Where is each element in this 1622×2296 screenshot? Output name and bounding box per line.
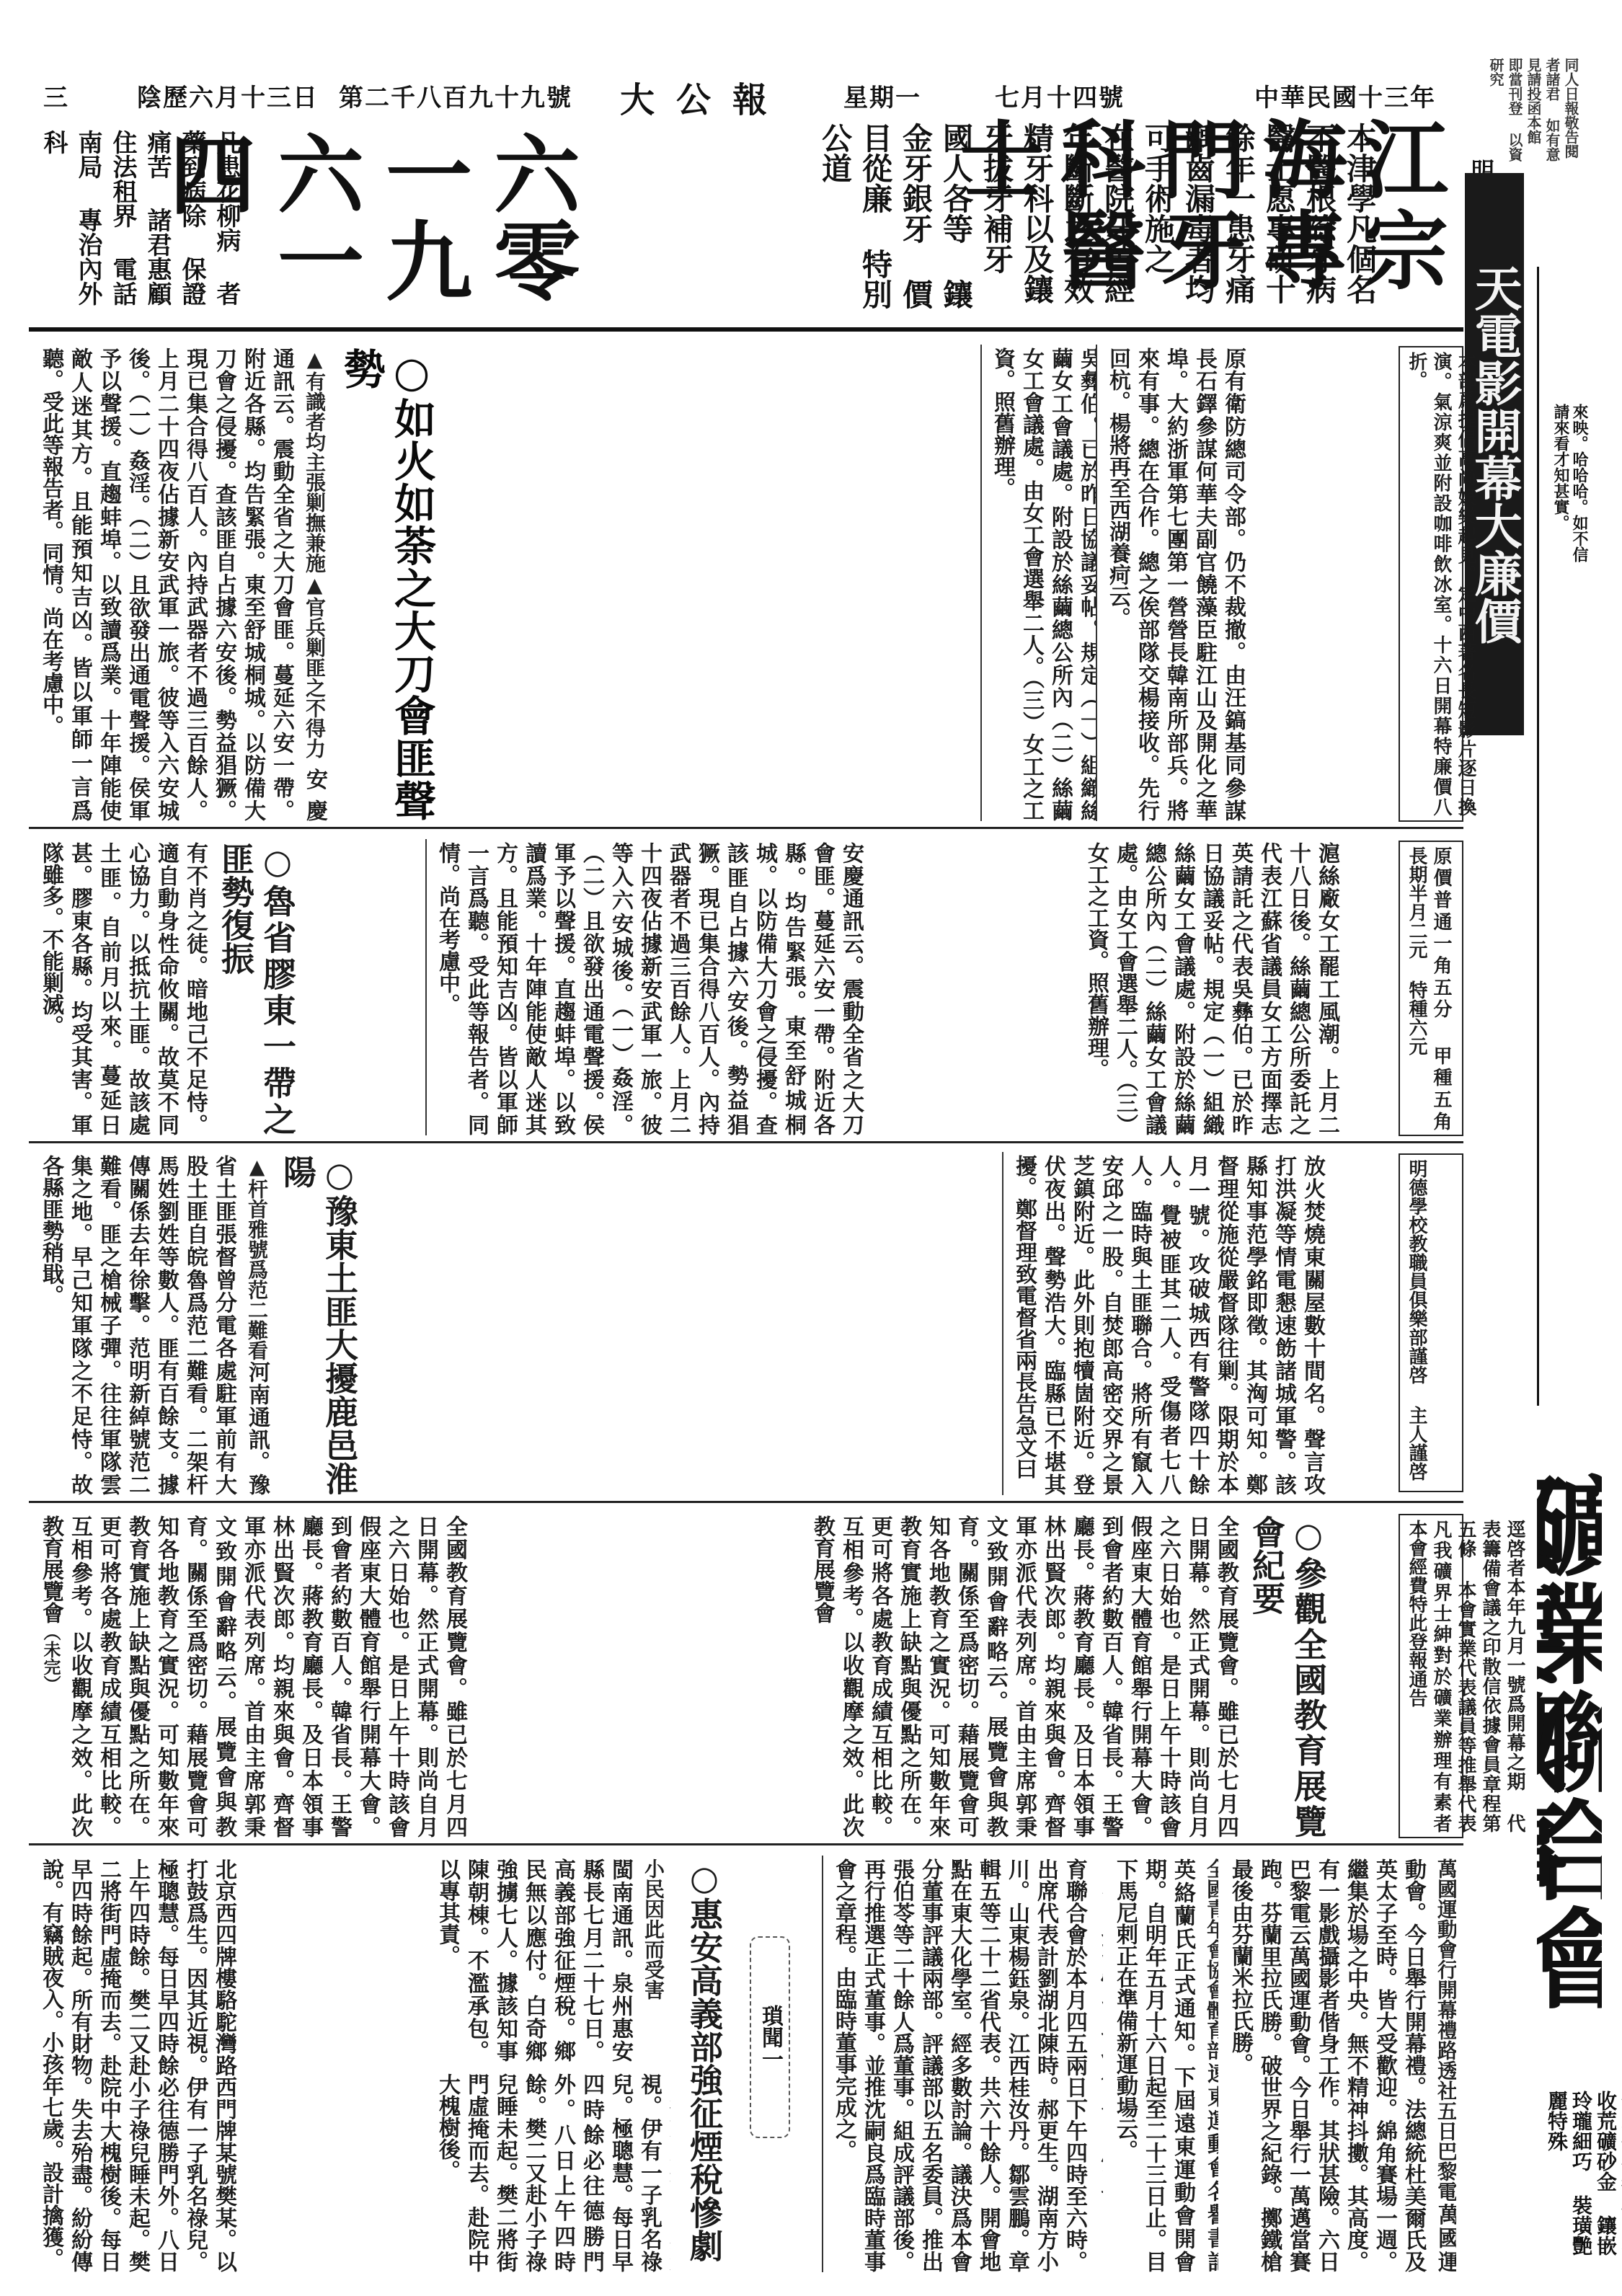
article-education-exhibit: ○參觀全國教育展覽會紀要全國教育展覽會。雖已於七月四日開幕。然正式開幕。則尚自月… — [807, 1515, 1391, 1838]
to-be-continued: （未完） — [40, 1623, 61, 1693]
column-rule — [822, 1856, 823, 2272]
tier-3: 放火焚燒東關屋數十間名。聲言攻打洪凝等情電懇速飭諸城軍警。該縣知事范學銘即徵。其… — [29, 1146, 1463, 1503]
notice-to-readers: 同人日報敬告閱者諸君 如有意見請投函本館 即當刊登 以資研究 — [1486, 58, 1580, 166]
price-label: 特種 — [1406, 980, 1427, 1018]
article-body: ○惠安高義部強征煙稅慘劇 — [678, 1858, 725, 2272]
body-text: 有不肖之徒。暗地己不足恃。適自動身性命攸關。故莫不同心協力。以抵抗土匪。故該處土… — [38, 842, 208, 1135]
price-label: 原價普通 — [1430, 846, 1452, 934]
masthead-weekday: 星期一 — [843, 78, 921, 113]
body-text: 中華體育聯合會於本月四五兩日下午四時至六時。出席代表計劉湖北陳時。郝更生。湖南方… — [831, 1858, 1103, 2272]
headline-text: 惠安高義部強征煙稅慘劇 — [685, 1897, 724, 2262]
headline-text: 如火如荼之大刀會匪聲勢 — [337, 347, 436, 821]
film-price-list: 原價普通一角五分 甲種五角 長期半月二元 特種六元 — [1404, 846, 1453, 1130]
headline-text: 豫東土匪大擾鹿邑淮陽 — [278, 1155, 359, 1495]
film-signature: 明德學校教職員俱樂部謹啓 — [1406, 1159, 1427, 1384]
dateline: 路透社五日巴黎電 — [1433, 2040, 1456, 2202]
price-value: 一角五分 — [1430, 934, 1452, 1021]
body-text: 滬絲廠女工罷工風潮。上月二十八日後。絲繭總公所委託之代表江蘇省議員女工方面擇志英… — [990, 347, 1096, 821]
top-ad-band: 江宗海專門牙科醫士 本津學凡個名不醫根除牙病 醫士愿專研十餘年一患牙痛齲齒漏毒者… — [29, 115, 1463, 332]
article-education-exhibit-cont: 全國教育展覽會。雖已於七月四日開幕。然正式開幕。則尚自月之六日始也。是日上午十時… — [36, 1515, 800, 1838]
column-rule — [1002, 1152, 1003, 1495]
body-text: 萬國運動會。今日舉行開幕禮。法總統杜美爾氏及英太子至時。皆大受歡迎。綿角賽場一週… — [1228, 1858, 1456, 2272]
body-text: 北京西四牌樓駱駝灣路西門牌某號樊某。以打鼓爲生。因其近視。伊有一子乳名祿兒。極聰… — [96, 1858, 236, 2272]
article-child-catches-thief-cont: 北京西四牌樓駱駝灣路西門牌某號樊某。以打鼓爲生。因其近視。伊有一子乳名祿兒。極聰… — [36, 1858, 425, 2272]
article-body: 原有衛防總司令部。仍不裁撤。由汪鎬基同參謀長石鐸參謀何華夫副官饒藻臣駐江山及開化… — [1103, 347, 1247, 821]
article-henan-bandits: ○豫東土匪大擾鹿邑淮陽▲杆首雅號爲范二難看河南通訊。豫省土匪張督曾分電各處駐軍前… — [36, 1155, 995, 1495]
masthead-issue-number: 第二千八百九十九號 — [339, 78, 572, 113]
masthead-republic-date: 中華民國十三年 — [1254, 78, 1436, 113]
body-text: 閩南通訊。泉州惠安縣長七月二十七日。高義部強征煙稅。鄉民無以應付。白奇鄉強擄七人… — [435, 1858, 633, 2062]
film-ad-signature: 明德學校教職員俱樂部謹啓 主人謹啓 — [1399, 1153, 1463, 1492]
article-shandong-bandits: ○魯省膠東一帶之匪勢復振有不肖之徒。暗地己不足恃。適自動身性命攸關。故莫不同心協… — [36, 842, 418, 1135]
mining-ad-body: 逕啓者本年九月一號爲開幕之期 代表籌備會議之印散信依據會員章程第五條 本會實業代… — [1399, 1514, 1463, 1838]
article-body: ▲軍人持械以圖存▲小民因此而受害閩南通訊。泉州惠安縣長七月二十七日。高義部強征煙… — [433, 1858, 670, 2062]
price-value: 六元 — [1406, 1018, 1427, 1055]
masthead-paper-title: 大公報 — [620, 72, 789, 122]
article-body: △下屆遠東運動會開會期已定全國青年會協會體育部遠東運動會名譽書記英絡蘭氏正式通知… — [1110, 1858, 1218, 2272]
headline-text: 參觀全國教育展覽會紀要 — [1247, 1515, 1328, 1838]
article-body: 全國教育展覽會。雖已於七月四日開幕。然正式開幕。則尚自月之六日始也。是日上午十時… — [36, 1515, 469, 1838]
film-ad-note: 來映。哈哈哈。如不信請來看才知甚實。 — [1551, 404, 1589, 562]
tier-4: ○參觀全國教育展覽會紀要全國教育展覽會。雖已於七月四日開幕。然正式開幕。則尚自月… — [29, 1507, 1463, 1845]
mining-body-text: 逕啓者本年九月一號爲開幕之期 代表籌備會議之印散信依據會員章程第五條 本會實業代… — [1404, 1520, 1527, 1832]
headline-text: 中華體育聯合會成立 — [1096, 1897, 1103, 2196]
circle-bullet-icon: ○ — [319, 1155, 360, 1194]
article-shandong-cont: 放火焚燒東關屋數十間名。聲言攻打洪凝等情電懇速飭諸城軍警。該縣知事范學銘即徵。其… — [1009, 1155, 1391, 1495]
circle-bullet-icon: ○ — [386, 347, 437, 396]
article-sports-news: ○關於體育之三種消息彙誌萬國運動會行開幕禮路透社五日巴黎電萬國運動會。今日舉行開… — [1226, 1858, 1456, 2272]
owner-notice: 主人謹啓 — [1406, 1406, 1427, 1481]
article-sword-society-cont: 安慶通訊云。震動全省之大刀會匪。蔓延六安一帶。附近各縣。均告緊張。東至舒城桐城。… — [433, 842, 1067, 1135]
article-sports-federation: △中華體育聯合會成立中華體育聯合會於本月四五兩日下午四時至六時。出席代表計劉湖北… — [829, 1858, 1103, 2272]
signature-text: 明德學校教職員俱樂部謹啓 主人謹啓 — [1404, 1159, 1429, 1486]
misc-news-box: 瑣聞一 — [750, 1936, 790, 2138]
column-rule — [425, 839, 427, 1135]
triangle-bullet-icon: △ — [1096, 1858, 1103, 1897]
column-rule — [1096, 345, 1097, 821]
film-price-ad: 本部爲提倡高尚娛樂起見。定中西著名長短影片逐日換演。氣涼爽並附設咖啡飲冰室。十六… — [1399, 346, 1463, 822]
venereal-ad-lines: 凡患花柳病 者藥到病除 保證痛苦 諸君惠顧 住法租界 電話南局 專治內外科 — [36, 130, 244, 324]
ad-line: 住法租界 — [108, 130, 137, 228]
subhead: 萬國運動會行開幕禮 — [1433, 1858, 1456, 2040]
dateline: 全國青年會協會體育部 — [1202, 1858, 1218, 2060]
article-silk-strike-cont: 滬絲廠女工罷工風潮。上月二十八日後。絲繭總公所委託之代表江蘇省議員女工方面擇志英… — [1081, 842, 1391, 1135]
headline: △中華體育聯合會成立 — [1094, 1858, 1103, 2196]
tier-2: 滬絲廠女工罷工風潮。上月二十八日後。絲繭總公所委託之代表江蘇省議員女工方面擇志英… — [29, 833, 1463, 1143]
subhead: ▲有識者均主張剿撫兼施▲官兵剿匪之不得力 — [301, 347, 327, 758]
price-label: 甲種 — [1430, 1046, 1452, 1090]
subhead: ▲杆首雅號爲范二難看 — [244, 1155, 270, 1360]
ad-line: 諸君惠顧 — [143, 208, 172, 306]
masthead-lunar-date: 陰歷六月十三日 — [137, 78, 319, 113]
article-body: ○七歲幼孩設計擒竊賊北京西四牌樓駱駝灣路西門牌某號樊某。以打鼓爲生。因其近視。伊… — [433, 2073, 670, 2272]
film-prices: 原價普通一角五分 甲種五角 長期半月二元 特種六元 — [1399, 841, 1463, 1136]
mining-ad-goods: 發製儀賽器皿 專收荒礦砂金 鑲嵌玲瓏細巧 裝璜艷麗特殊 — [1544, 2091, 1622, 2256]
dentist-ad-body: 本津學凡個名不醫根除牙病 醫士愿專研十餘年一患牙痛齲齒漏毒者均可手術施之 在醫院… — [815, 123, 1380, 324]
headline-text: 魯省膠東一帶之匪勢復振 — [216, 842, 297, 1135]
article-body: 放火焚燒東關屋數十間名。聲言攻打洪凝等情電懇速飭諸城軍警。該縣知事范學銘即徵。其… — [1009, 1155, 1326, 1495]
article-body: 滬絲廠女工罷工風潮。上月二十八日後。絲繭總公所委託之代表江蘇省議員女工方面擇志英… — [1081, 842, 1341, 1135]
headline: ○參觀全國教育展覽會紀要 — [1246, 1515, 1329, 1838]
right-ad-strip: 同人日報敬告閱者諸君 如有意見請投函本館 即當刊登 以資研究 明德 天電影開幕大… — [1465, 58, 1602, 2264]
news-body: 原有衛防總司令部。仍不裁撤。由汪鎬基同參謀長石鐸參謀何華夫副官饒藻臣駐江山及開化… — [29, 339, 1463, 2278]
article-body: ○如火如荼之大刀會匪聲勢▲有識者均主張剿撫兼施▲官兵剿匪之不得力安慶通訊云。震動… — [36, 347, 437, 821]
price-value: 二元 — [1406, 921, 1427, 959]
headline: ○魯省膠東一帶之匪勢復振 — [215, 842, 298, 1135]
circle-bullet-icon: ○ — [1288, 1515, 1329, 1554]
masthead-page-number: 三 — [43, 78, 69, 113]
article-body: △中華體育聯合會成立中華體育聯合會於本月四五兩日下午四時至六時。出席代表計劉湖北… — [829, 1858, 1103, 2272]
article-body: ○豫東土匪大擾鹿邑淮陽▲杆首雅號爲范二難看河南通訊。豫省土匪張督曾分電各處駐軍前… — [36, 1155, 360, 1495]
masthead: 中華民國十三年 七月十四號 星期一 大公報 第二千八百九十九號 陰歷六月十三日 … — [29, 72, 1600, 115]
article-body: ○上海絲廠罷工風潮之結果滬絲廠女工罷工風潮。上月二十八日後。絲繭總公所委託之代表… — [988, 347, 1096, 821]
price-value: 五角 — [1430, 1090, 1452, 1130]
tier-1: 原有衛防總司令部。仍不裁撤。由汪鎬基同參謀長石鐸參謀何華夫副官饒藻臣駐江山及開化… — [29, 339, 1463, 829]
circle-bullet-icon: ○ — [257, 842, 298, 881]
goods-line: 發製儀賽器皿 — [1618, 2091, 1622, 2212]
newspaper-page: 中華民國十三年 七月十四號 星期一 大公報 第二千八百九十九號 陰歷六月十三日 … — [29, 72, 1600, 2278]
article-body: 北京西四牌樓駱駝灣路西門牌某號樊某。以打鼓爲生。因其近視。伊有一子乳名祿兒。極聰… — [36, 1858, 238, 2272]
body-text: 北京西四牌樓駱駝灣路西門牌某號樊某。以打鼓爲生。因其近視。伊有一子乳名祿兒。極聰… — [435, 2073, 670, 2272]
circle-bullet-icon: ○ — [683, 1858, 725, 1897]
article-body: ○魯省膠東一帶之匪勢復振有不肖之徒。暗地己不足恃。適自動身性命攸關。故莫不同心協… — [36, 842, 298, 1135]
subhead: ▲軍人持械以圖存▲小民因此而受害 — [640, 1858, 670, 2062]
tier-5: ○關於體育之三種消息彙誌萬國運動會行開幕禮路透社五日巴黎電萬國運動會。今日舉行開… — [29, 1850, 1463, 2278]
body-text: 全國教育展覽會。雖已於七月四日開幕。然正式開幕。則尚自月之六日始也。是日上午十時… — [810, 1515, 1238, 1838]
article-big-sword-society: ○如火如荼之大刀會匪聲勢▲有識者均主張剿撫兼施▲官兵剿匪之不得力安慶通訊云。震動… — [36, 347, 973, 821]
body-text: 河南通訊。豫省土匪張督曾分電各處駐軍前有大股土匪自皖魯爲范二難看。二架杆馬姓劉姓… — [38, 1155, 270, 1495]
body-text: 安慶通訊云。震動全省之大刀會匪。蔓延六安一帶。附近各縣。均告緊張。東至舒城桐城。… — [38, 347, 327, 821]
article-huian-tax-body: ▲軍人持械以圖存▲小民因此而受害閩南通訊。泉州惠安縣長七月二十七日。高義部強征煙… — [433, 1858, 670, 2062]
article-body: ○參觀全國教育展覽會紀要全國教育展覽會。雖已於七月四日開幕。然正式開幕。則尚自月… — [807, 1515, 1329, 1838]
headline: ○豫東土匪大擾鹿邑淮陽 — [277, 1155, 360, 1495]
article-body: ○關於體育之三種消息彙誌萬國運動會行開幕禮路透社五日巴黎電萬國運動會。今日舉行開… — [1226, 1858, 1456, 2272]
article-child-catches-thief: ○七歲幼孩設計擒竊賊北京西四牌樓駱駝灣路西門牌某號樊某。以打鼓爲生。因其近視。伊… — [433, 2073, 670, 2272]
article-defense-command: 原有衛防總司令部。仍不裁撤。由汪鎬基同參謀長石鐸參謀何華夫副官饒藻臣駐江山及開化… — [1103, 347, 1391, 821]
divider — [1537, 267, 1539, 1406]
masthead-month-day: 七月十四號 — [995, 78, 1125, 113]
article-huian-tax: ○惠安高義部強征煙稅慘劇 — [678, 1858, 743, 2272]
body-text: 全國教育展覽會。雖已於七月四日開幕。然正式開幕。則尚自月之六日始也。是日上午十時… — [38, 1515, 467, 1838]
price-label: 長期半月 — [1406, 846, 1427, 921]
article-silk-strike: ○上海絲廠罷工風潮之結果滬絲廠女工罷工風潮。上月二十八日後。絲繭總公所委託之代表… — [988, 347, 1096, 821]
headline: ○如火如荼之大刀會匪聲勢 — [336, 347, 437, 821]
article-body: 安慶通訊云。震動全省之大刀會匪。蔓延六安一帶。附近各縣。均告緊張。東至舒城桐城。… — [433, 842, 865, 1135]
film-ad-body: 本部爲提倡高尚娛樂起見。定中西著名長短影片逐日換演。氣涼爽並附設咖啡飲冰室。十六… — [1404, 352, 1478, 816]
article-far-east-games: △下屆遠東運動會開會期已定全國青年會協會體育部遠東運動會名譽書記英絡蘭氏正式通知… — [1110, 1858, 1218, 2272]
ad-line: 凡患花柳病 — [212, 130, 241, 252]
mining-ad-title: 礦業聯合會緊要啟事 — [1537, 1471, 1602, 2062]
headline: ○惠安高義部強征煙稅慘劇 — [683, 1858, 725, 2262]
column-rule — [980, 345, 982, 821]
